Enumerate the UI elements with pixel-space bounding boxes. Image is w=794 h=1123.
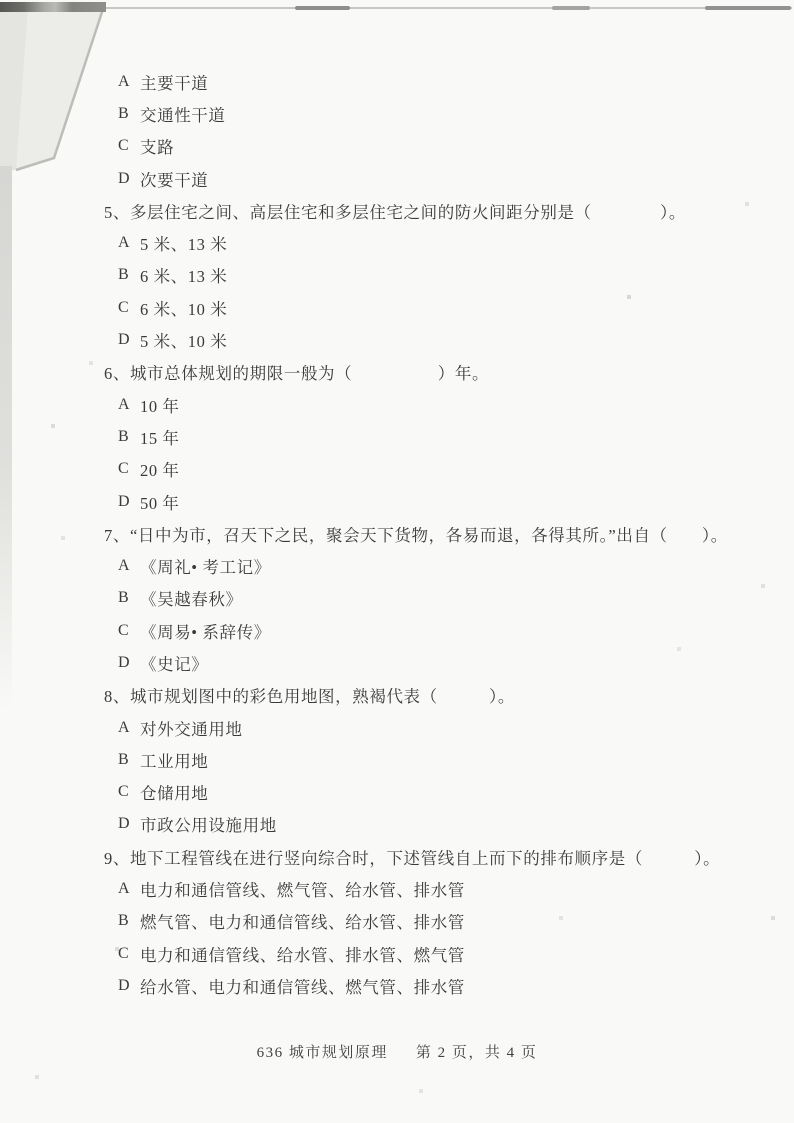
option-letter: B: [118, 589, 140, 607]
option-letter: B: [118, 266, 140, 284]
option-text: 主要干道: [140, 70, 208, 94]
option-row: D50 年: [0, 485, 794, 517]
option-letter: A: [118, 719, 140, 737]
option-letter: C: [118, 783, 140, 801]
option-text: 交通性干道: [140, 102, 226, 126]
option-text: 15 年: [140, 425, 180, 449]
option-row: B15 年: [0, 421, 794, 453]
option-text: 电力和通信管线、给水管、排水管、燃气管: [140, 942, 465, 966]
question-stem: 5、多层住宅之间、高层住宅和多层住宅之间的防火间距分别是（ ）。: [0, 195, 794, 227]
option-letter: B: [118, 912, 140, 930]
option-letter: C: [118, 137, 140, 155]
option-text: 市政公用设施用地: [140, 812, 277, 836]
option-letter: A: [118, 234, 140, 252]
option-text: 20 年: [140, 457, 180, 481]
option-text: 次要干道: [140, 167, 208, 191]
scan-top-edge-mark: [295, 6, 350, 10]
option-row: C仓储用地: [0, 776, 794, 808]
option-letter: D: [118, 331, 140, 349]
option-text: 对外交通用地: [140, 716, 243, 740]
option-row: C《周易• 系辞传》: [0, 615, 794, 647]
option-text: 支路: [140, 134, 174, 158]
option-letter: D: [118, 815, 140, 833]
option-row: A《周礼• 考工记》: [0, 550, 794, 582]
scan-speckles: [0, 0, 2, 2]
question-list: A主要干道B交通性干道C支路D次要干道5、多层住宅之间、高层住宅和多层住宅之间的…: [0, 66, 794, 1003]
option-letter: A: [118, 557, 140, 575]
option-text: 50 年: [140, 490, 180, 514]
option-text: 工业用地: [140, 748, 208, 772]
option-text: 电力和通信管线、燃气管、给水管、排水管: [140, 877, 465, 901]
page-footer: 636 城市规划原理 第 2 页，共 4 页: [0, 1041, 794, 1062]
option-text: 6 米、13 米: [140, 263, 227, 287]
option-row: B交通性干道: [0, 98, 794, 130]
scan-top-edge: [104, 7, 792, 9]
option-letter: B: [118, 428, 140, 446]
scan-top-edge-mark: [705, 6, 791, 10]
option-row: B6 米、13 米: [0, 259, 794, 291]
option-row: C电力和通信管线、给水管、排水管、燃气管: [0, 938, 794, 970]
option-row: B工业用地: [0, 744, 794, 776]
option-row: A电力和通信管线、燃气管、给水管、排水管: [0, 873, 794, 905]
option-text: 给水管、电力和通信管线、燃气管、排水管: [140, 974, 465, 998]
option-row: C支路: [0, 130, 794, 162]
option-row: A10 年: [0, 388, 794, 420]
option-row: D《史记》: [0, 647, 794, 679]
option-text: 6 米、10 米: [140, 296, 227, 320]
option-row: D市政公用设施用地: [0, 808, 794, 840]
option-letter: D: [118, 977, 140, 995]
question-stem: 8、城市规划图中的彩色用地图，熟褐代表（ ）。: [0, 679, 794, 711]
option-row: B《吴越春秋》: [0, 582, 794, 614]
option-letter: B: [118, 751, 140, 769]
option-letter: A: [118, 396, 140, 414]
option-text: 10 年: [140, 393, 180, 417]
option-letter: C: [118, 299, 140, 317]
footer-page-number: 第 2 页，共 4 页: [416, 1041, 538, 1062]
option-letter: D: [118, 170, 140, 188]
option-row: B燃气管、电力和通信管线、给水管、排水管: [0, 905, 794, 937]
option-text: 《史记》: [140, 651, 208, 675]
option-letter: D: [118, 654, 140, 672]
option-letter: B: [118, 105, 140, 123]
option-row: D5 米、10 米: [0, 324, 794, 356]
option-letter: C: [118, 945, 140, 963]
option-letter: C: [118, 460, 140, 478]
option-letter: D: [118, 493, 140, 511]
option-text: 5 米、10 米: [140, 328, 227, 352]
option-row: A5 米、13 米: [0, 227, 794, 259]
option-letter: C: [118, 622, 140, 640]
option-text: 5 米、13 米: [140, 231, 227, 255]
option-text: 燃气管、电力和通信管线、给水管、排水管: [140, 909, 465, 933]
option-text: 仓储用地: [140, 780, 208, 804]
option-row: D给水管、电力和通信管线、燃气管、排水管: [0, 970, 794, 1002]
question-stem: 9、地下工程管线在进行竖向综合时，下述管线自上而下的排布顺序是（ ）。: [0, 841, 794, 873]
option-row: A主要干道: [0, 66, 794, 98]
option-row: C20 年: [0, 453, 794, 485]
option-letter: A: [118, 880, 140, 898]
scan-dark-band: [0, 2, 106, 12]
question-stem: 6、城市总体规划的期限一般为（ ）年。: [0, 356, 794, 388]
option-text: 《周礼• 考工记》: [140, 554, 271, 578]
option-text: 《吴越春秋》: [140, 586, 243, 610]
option-row: C6 米、10 米: [0, 292, 794, 324]
option-row: A对外交通用地: [0, 711, 794, 743]
scan-top-edge-mark: [552, 6, 590, 10]
option-text: 《周易• 系辞传》: [140, 619, 271, 643]
option-letter: A: [118, 73, 140, 91]
footer-course: 636 城市规划原理: [257, 1041, 388, 1062]
question-stem: 7、“日中为市，召天下之民，聚会天下货物，各易而退，各得其所。”出自（ ）。: [0, 518, 794, 550]
option-row: D次要干道: [0, 162, 794, 194]
scanned-exam-page: A主要干道B交通性干道C支路D次要干道5、多层住宅之间、高层住宅和多层住宅之间的…: [0, 0, 794, 1123]
